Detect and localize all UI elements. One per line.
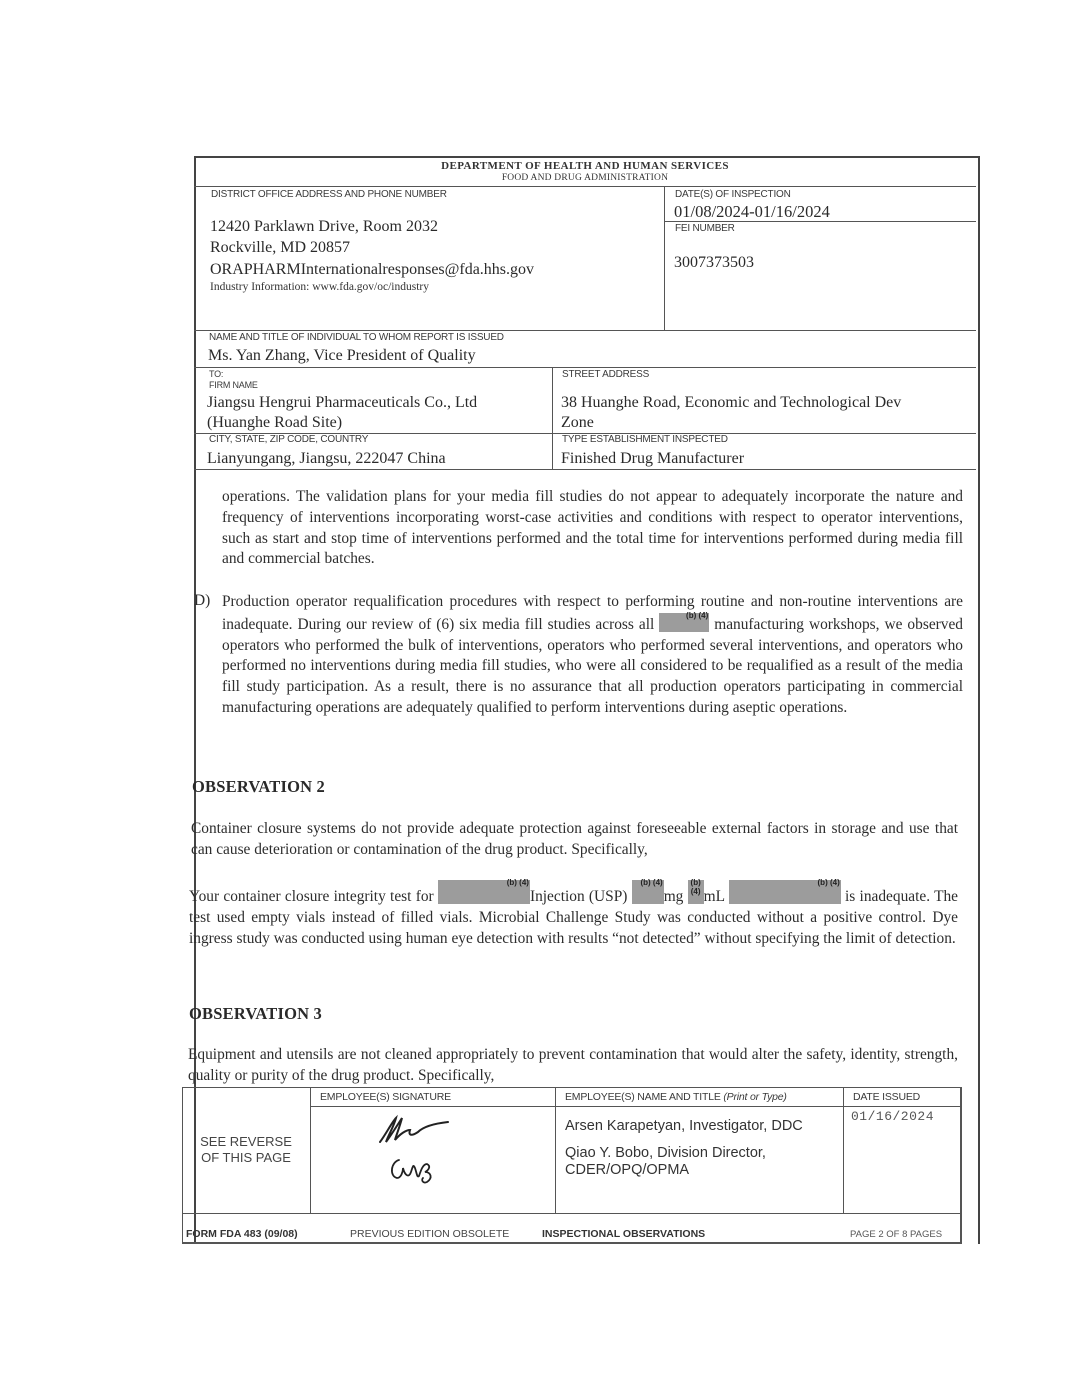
redaction-code: (b) (4) <box>686 611 708 620</box>
form-title: INSPECTIONAL OBSERVATIONS <box>542 1228 705 1240</box>
employee-names-label-suffix: (Print or Type) <box>723 1091 786 1103</box>
redaction-box: (b) (4) <box>659 613 709 632</box>
firm-name-label: FIRM NAME <box>209 380 258 390</box>
observation-2-text-b: Injection (USP) <box>530 888 632 905</box>
observation-2-text-a: Your container closure integrity test fo… <box>189 888 438 905</box>
fei-number-label: FEI NUMBER <box>675 223 735 234</box>
item-d-marker: D) <box>194 592 210 610</box>
employee-names-label-text: EMPLOYEE(S) NAME AND TITLE <box>565 1091 721 1103</box>
establishment-type-value: Finished Drug Manufacturer <box>561 450 744 468</box>
redaction-box: (b) (4) <box>632 880 664 904</box>
signature-1-icon <box>376 1112 456 1146</box>
item-d-paragraph: Production operator requalification proc… <box>222 592 963 719</box>
signature-2-icon <box>385 1150 445 1186</box>
street-address-label: STREET ADDRESS <box>562 369 649 380</box>
redaction-code: (b) (4) <box>507 878 529 887</box>
date-issued-value: 01/16/2024 <box>851 1109 934 1124</box>
observation-2-intro: Container closure systems do not provide… <box>191 819 958 861</box>
city-label: CITY, STATE, ZIP CODE, COUNTRY <box>209 434 368 445</box>
inspection-dates-value: 01/08/2024-01/16/2024 <box>674 202 830 222</box>
date-issued-label: DATE ISSUED <box>853 1091 920 1103</box>
see-reverse-line1: SEE REVERSE <box>182 1134 310 1150</box>
page-info: PAGE 2 OF 8 PAGES <box>850 1229 942 1240</box>
redaction-code: (b) (4) <box>818 878 840 887</box>
continuation-paragraph: operations. The validation plans for you… <box>222 487 963 570</box>
city-value: Lianyungang, Jiangsu, 222047 China <box>207 450 446 468</box>
observation-2-text-d: mL <box>704 888 729 905</box>
observation-2-text-c: mg <box>664 888 688 905</box>
observation-3-intro: Equipment and utensils are not cleaned a… <box>188 1045 958 1087</box>
agency-header: FOOD AND DRUG ADMINISTRATION <box>194 173 976 183</box>
redaction-box: (b) (4) <box>688 880 704 904</box>
firm-name-line1: Jiangsu Hengrui Pharmaceuticals Co., Ltd <box>207 394 477 412</box>
employee-names-label: EMPLOYEE(S) NAME AND TITLE (Print or Typ… <box>565 1091 787 1103</box>
redaction-code: (b) (4) <box>640 878 662 887</box>
see-reverse-line2: OF THIS PAGE <box>182 1150 310 1166</box>
recipient-label: NAME AND TITLE OF INDIVIDUAL TO WHOM REP… <box>209 332 504 343</box>
department-header: DEPARTMENT OF HEALTH AND HUMAN SERVICES <box>194 160 976 172</box>
observation-2-detail: Your container closure integrity test fo… <box>189 880 958 949</box>
redaction-box: (b) (4) <box>438 880 530 904</box>
firm-name-line2: (Huanghe Road Site) <box>207 414 342 432</box>
signature-label: EMPLOYEE(S) SIGNATURE <box>320 1091 451 1103</box>
district-address-line1: 12420 Parklawn Drive, Room 2032 <box>210 218 438 236</box>
district-office-label: DISTRICT OFFICE ADDRESS AND PHONE NUMBER <box>211 189 447 200</box>
district-email[interactable]: ORAPHARMInternationalresponses@fda.hhs.g… <box>210 261 534 279</box>
see-reverse-note: SEE REVERSE OF THIS PAGE <box>182 1134 310 1166</box>
establishment-type-label: TYPE ESTABLISHMENT INSPECTED <box>562 434 728 445</box>
observation-2-title: OBSERVATION 2 <box>192 777 325 797</box>
fei-number-value: 3007373503 <box>674 254 754 272</box>
street-address-line2: Zone <box>561 414 594 432</box>
observation-3-title: OBSERVATION 3 <box>189 1004 322 1024</box>
recipient-value: Ms. Yan Zhang, Vice President of Quality <box>208 347 476 365</box>
employee-2-name-line1: Qiao Y. Bobo, Division Director, <box>565 1145 766 1161</box>
industry-info: Industry Information: www.fda.gov/oc/ind… <box>210 281 429 293</box>
redaction-box: (b) (4) <box>729 880 841 904</box>
form-number: FORM FDA 483 (09/08) <box>186 1228 298 1240</box>
inspection-dates-label: DATE(S) OF INSPECTION <box>675 189 791 200</box>
employee-2-name-line2: CDER/OPQ/OPMA <box>565 1162 689 1178</box>
street-address-line1: 38 Huanghe Road, Economic and Technologi… <box>561 394 901 412</box>
redaction-code: (b) (4) <box>689 878 703 896</box>
district-address-line2: Rockville, MD 20857 <box>210 239 350 257</box>
employee-1-name: Arsen Karapetyan, Investigator, DDC <box>565 1118 803 1134</box>
to-label: TO: <box>209 369 223 379</box>
previous-edition-note: PREVIOUS EDITION OBSOLETE <box>350 1228 509 1240</box>
